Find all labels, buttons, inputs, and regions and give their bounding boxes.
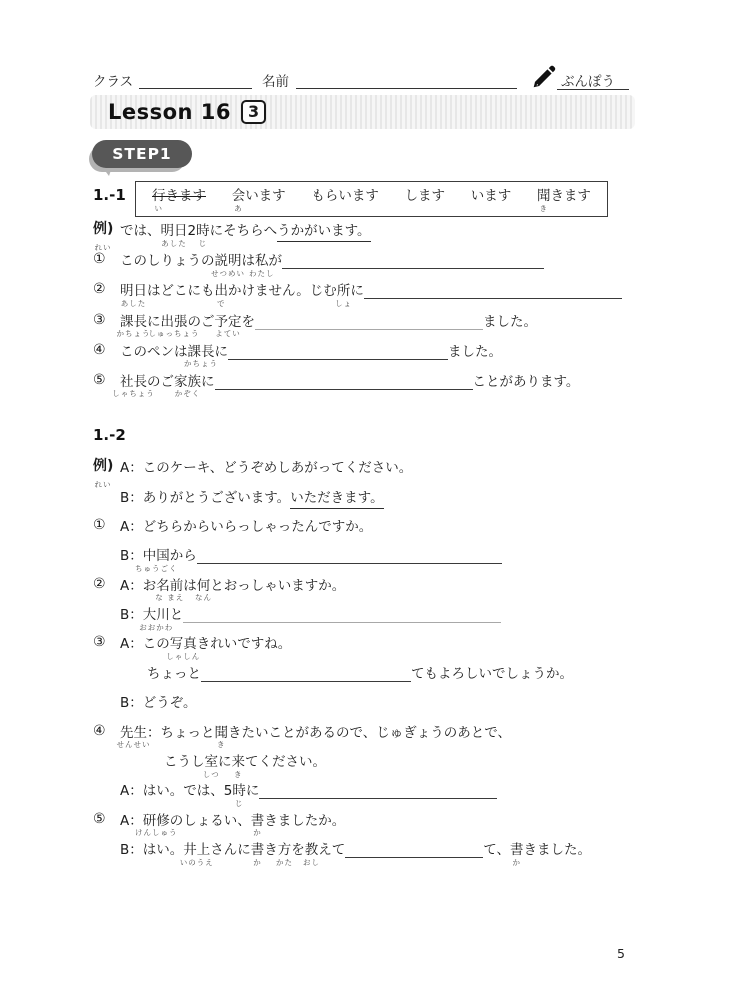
furigana: か [253,857,262,868]
text: に [350,282,364,301]
worksheet-line: ⑤A：研修けんしゅうのしょるい、書かきましたか。 [93,810,653,839]
text: ：ちょっと [147,724,215,743]
underlined-answer-text: うかがいます。 [277,222,370,242]
worksheet-line: B：ありがとうございます。いただきます。 [93,487,653,516]
text-segment: 明日あした [120,280,147,301]
text-segment: はどこにも [147,280,215,301]
answer-blank-line [259,780,497,799]
text: に [215,343,229,362]
worksheet-line: ④先生せんせい：ちょっと聞ききたいことがあるので、じゅぎょうのあとで、 [93,722,653,751]
text-segment: のしょるい、 [170,810,251,831]
text-segment: 私わたし [255,250,269,271]
text-segment: 方かた [278,839,292,860]
underlined-answer-text: いただきます。 [290,489,383,509]
text-segment: います [245,185,286,206]
page-number: 5 [617,946,625,961]
name-label: 名前 [262,70,289,90]
text-segment: ：ちょっと [147,722,215,743]
text-segment: 予定よてい [215,311,242,332]
text: きたいことがあるので、じゅぎょうのあとで、 [228,724,511,743]
item-marker: ③ [93,311,120,330]
lesson-title: Lesson 16 [108,100,231,124]
item-marker: 例)れい [93,220,120,239]
furigana: き [539,203,548,214]
furigana: いのうえ [180,857,214,868]
furigana: かぞく [175,388,201,399]
item-marker: ② [93,280,120,299]
text: きました。 [524,841,592,860]
answer-blank-line [197,545,502,564]
text-segment: に [218,751,232,772]
word-bank-box: 行いきます会あいますもらいますしますいます聞ききます [135,181,608,217]
worksheet-line: ②明日あしたはどこにも出でかけません。じむ所しょに [93,280,653,310]
worksheet-line: ④このペンは課長かちょうにました。 [93,341,653,371]
text: このペンは [120,343,188,362]
text: ました。 [448,343,502,362]
text: と [170,606,184,625]
text-segment: ました。 [483,311,537,332]
furigana: じ [199,238,208,249]
worksheet-line: 例)れいでは、明日あした2時じにそちらへうかがいます。 [93,220,653,250]
furigana: で [217,298,226,309]
text: が [269,252,283,271]
text-segment: 聞き [537,185,551,206]
answer-blank-line [282,250,544,269]
text-segment: 2 [188,220,197,241]
text-segment: こうし [164,751,205,772]
text-segment: 課長かちょう [188,341,215,362]
text: います [245,187,286,206]
text: を [242,313,256,332]
word-bank-item: します [405,185,446,206]
worksheet-line: B：どうぞ。 [93,692,653,721]
grammar-underline [557,88,629,90]
worksheet-line: こうし室しつに来きてください。 [93,751,653,780]
text-segment: のご [188,311,215,332]
text: にそちらへ [210,222,278,241]
text: えて [318,841,345,860]
text-segment: 時じ [232,780,246,801]
text-segment: きたいことがあるので、じゅぎょうのあとで、 [228,722,511,743]
text-segment: さんに [210,839,251,860]
text-segment: 書か [251,810,265,831]
text-segment: B：ありがとうございます。 [120,487,290,508]
text: います [471,187,512,206]
text-segment: 所しょ [337,280,351,301]
furigana: き [234,769,243,780]
text-segment: 出で [215,280,229,301]
text-segment: もらいます [311,185,379,206]
text: のご [188,313,215,332]
text-segment: 先生せんせい [120,722,147,743]
text-segment: に [201,371,215,392]
worksheet-line: 例)れいA：このケーキ、どうぞめしあがってください。 [93,457,653,486]
item-marker: 例)れい [93,457,120,476]
text: A：どちらからいらっしゃったんですか。 [120,518,372,537]
text-segment: 行い [152,185,166,206]
furigana: せんせい [117,739,151,750]
text-segment: と [170,604,184,625]
worksheet-line: ③課長かちょうに出張しゅっちょうのご予定よていをました。 [93,311,653,341]
text-segment: 聞き [215,722,229,743]
furigana: れい [95,475,112,494]
text: では、 [120,222,161,241]
text-segment: 書か [510,839,524,860]
text-segment: 大川おおかわ [143,604,170,625]
word-bank-item: 行いきます [152,185,206,206]
furigana: じ [235,798,244,809]
word-bank-item: います [471,185,512,206]
text: もらいます [311,187,379,206]
lesson-number-badge: 3 [241,100,266,124]
text-segment: にそちらへ [210,220,278,241]
text: B：ありがとうございます。 [120,489,290,508]
furigana: あ [234,203,243,214]
pencil-icon [531,64,557,90]
text-segment: のご [147,371,174,392]
text: てください。 [245,753,326,772]
text: かけません。じむ [228,282,337,301]
text: ことがあります。 [473,373,580,392]
text: のご [147,373,174,392]
text-segment: このペンは [120,341,188,362]
text-segment: 来き [232,751,246,772]
text-segment: いただきます。 [290,487,383,509]
text: きれいですね。 [197,635,292,654]
item-marker: ① [93,516,120,535]
worksheet-line: ①A：どちらからいらっしゃったんですか。 [93,516,653,545]
item-marker: ② [93,575,120,594]
text-segment: とおっしゃいますか。 [210,575,345,596]
text: このしりょうの [120,252,215,271]
text-segment: A：この [120,633,170,654]
furigana: か [253,827,262,838]
text-segment: きます [166,185,207,206]
worksheet-line: ⑤社長しゃちょうのご家族かぞくにことがあります。 [93,371,653,401]
furigana: しゃしん [166,651,200,662]
text: とおっしゃいますか。 [210,577,345,596]
text: A：はい。では、5 [120,782,232,801]
answer-blank-line [228,341,448,360]
text-segment: に [350,280,364,301]
text-segment: が [269,250,283,271]
text-segment: てもよろしいでしょうか。 [411,663,573,684]
text: から [170,547,197,566]
text-segment: います [471,185,512,206]
text-segment: うかがいます。 [277,220,370,242]
text: きます [166,187,207,206]
text: ました。 [483,313,537,332]
furigana: か [513,857,522,868]
worksheet-line: ちょっとてもよろしいでしょうか。 [93,663,653,692]
text-segment: 名前な まえ [156,575,183,596]
text: のしょるい、 [170,812,251,831]
answer-blank-line [364,280,622,299]
text: 2 [188,222,197,241]
text-segment: 書か [251,839,265,860]
text: A：お [120,577,156,596]
lesson-title-bar: Lesson 16 3 [90,95,635,129]
text: B：はい。 [120,841,183,860]
furigana: よてい [215,328,241,339]
text-segment: 会あ [232,185,246,206]
text: します [405,187,446,206]
answer-blank-line [345,839,483,858]
class-label: クラス [93,70,133,90]
item-marker: ③ [93,633,120,652]
text-segment: 課長かちょう [120,311,147,332]
item-marker: ④ [93,722,120,741]
text: きます [550,187,591,206]
text-segment: かけません。じむ [228,280,337,301]
text-segment: 出張しゅっちょう [161,311,188,332]
text-segment: 室しつ [205,751,219,772]
text-segment: 写真しゃしん [170,633,197,654]
class-fill-line [139,87,252,89]
text: A：この [120,635,170,654]
worksheet-page: クラス 名前 ぶんぽう Lesson 16 3 STEP1 1.-1 行いきます… [0,0,729,1005]
text-segment: A：はい。では、5 [120,780,232,801]
grammar-label: ぶんぽう [561,70,615,90]
answer-blank-line [183,604,501,623]
text: A：このケーキ、どうぞめしあがってください。 [120,459,412,478]
text: はどこにも [147,282,215,301]
text-segment: きます [550,185,591,206]
answer-blank-line [201,663,411,682]
furigana: な まえ [155,592,184,603]
item-marker: ⑤ [93,810,120,829]
worksheet-line: B：はい。井上いのうえさんに書かき方かたを教おしえてて、書かきました。 [93,839,653,868]
text: ちょっと [147,665,201,684]
text-segment: します [405,185,446,206]
text: B：どうぞ。 [120,694,197,713]
text-segment: きましたか。 [264,810,345,831]
text-segment: A：お [120,575,156,596]
step1-badge-label: STEP1 [92,140,192,168]
text: てもよろしいでしょうか。 [411,665,573,684]
text-segment: きれいですね。 [197,633,292,654]
text-segment: 教おし [305,839,319,860]
furigana: かちょう [117,328,151,339]
word-bank-item: 会あいます [232,185,286,206]
text: に [218,753,232,772]
text-segment: B：どうぞ。 [120,692,197,713]
text-segment: から [170,545,197,566]
text-segment: このしりょうの [120,250,215,271]
step1-badge: STEP1 [92,140,202,176]
section-1-1-lines: 例)れいでは、明日あした2時じにそちらへうかがいます。①このしりょうの説明せつめ… [93,220,653,401]
section-1-2-lines: 例)れいA：このケーキ、どうぞめしあがってください。B：ありがとうございます。い… [93,457,653,868]
furigana: おおかわ [139,622,173,633]
text-segment: 明日あした [161,220,188,241]
text-segment: きました。 [524,839,592,860]
answer-blank-line [215,371,473,390]
furigana: あした [161,238,187,249]
text-segment: 時じ [196,220,210,241]
word-bank-item: もらいます [311,185,379,206]
text-segment: A：このケーキ、どうぞめしあがってください。 [120,457,412,478]
text: さんに [210,841,251,860]
worksheet-line: ①このしりょうの説明せつめいは私わたしが [93,250,653,280]
text-segment: B：はい。 [120,839,183,860]
text-segment: 家族かぞく [174,371,201,392]
text-segment: A：どちらからいらっしゃったんですか。 [120,516,372,537]
text-segment: てください。 [245,751,326,772]
worksheet-line: ②A：お名前な まえは何なんとおっしゃいますか。 [93,575,653,604]
item-marker: ④ [93,341,120,360]
text-segment: て、 [483,839,510,860]
section-1-2-label: 1.-2 [93,426,653,457]
section-1-1-label: 1.-1 [93,186,126,204]
text-segment: ことがあります。 [473,371,580,392]
furigana: き [217,739,226,750]
text-segment: えて [318,839,345,860]
text-segment: 何なん [197,575,211,596]
text-segment: 説明せつめい [215,250,242,271]
furigana: い [155,203,164,214]
text-segment: では、 [120,220,161,241]
text: に [201,373,215,392]
text: に [246,782,260,801]
word-bank-item: 聞ききます [537,185,591,206]
worksheet-line: B：大川おおかわと [93,604,653,633]
answer-blank-line [255,311,483,330]
worksheet-line: A：はい。では、5時じに [93,780,653,809]
item-marker: ⑤ [93,371,120,390]
text-segment: 井上いのうえ [183,839,210,860]
worksheet-body: 例)れいでは、明日あした2時じにそちらへうかがいます。①このしりょうの説明せつめ… [93,220,653,869]
text-segment: 中国ちゅうごく [143,545,170,566]
text: きましたか。 [264,812,345,831]
name-fill-line [296,87,517,89]
furigana: あした [121,298,147,309]
text-segment: に [246,780,260,801]
text-segment: に [215,341,229,362]
worksheet-line: ③A：この写真しゃしんきれいですね。 [93,633,653,662]
item-marker: ① [93,250,120,269]
furigana: せつめい [211,268,245,279]
text-segment: ちょっと [147,663,201,684]
text-segment: を [242,311,256,332]
text: て、 [483,841,510,860]
worksheet-line: B：中国ちゅうごくから [93,545,653,574]
furigana: かちょう [184,358,218,369]
text-segment: ました。 [448,341,502,362]
text: こうし [164,753,205,772]
text-segment: 社長しゃちょう [120,371,147,392]
text-segment: 研修けんしゅう [143,810,170,831]
